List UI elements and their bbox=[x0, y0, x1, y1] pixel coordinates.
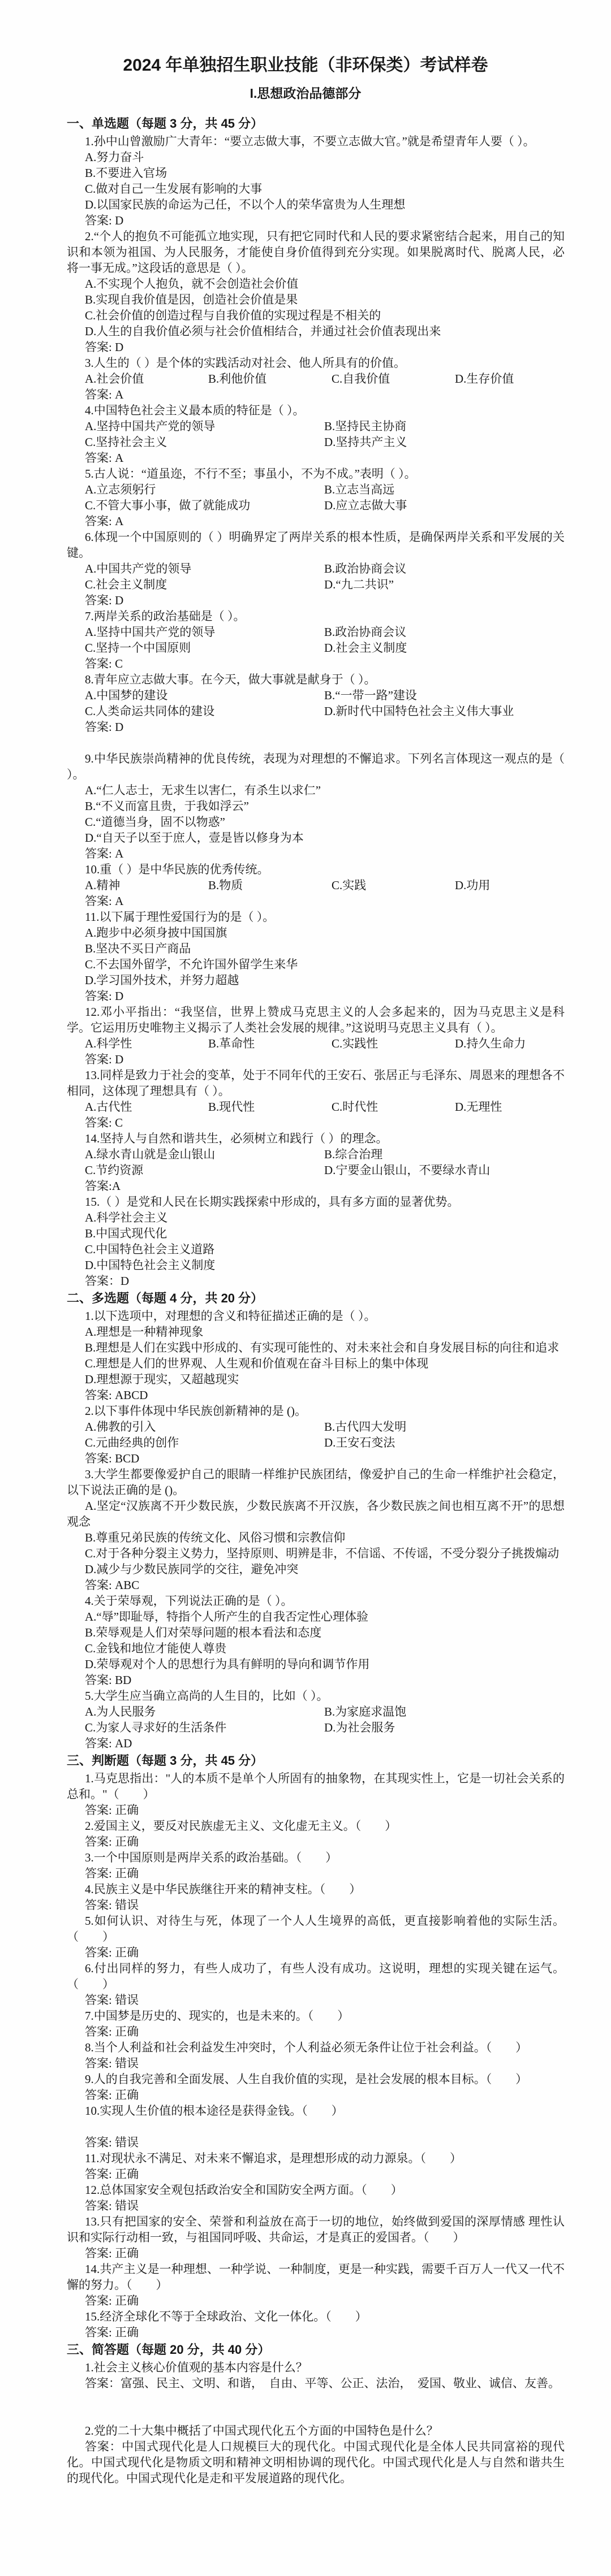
question-line: 11.对现状永不满足、对未来不懈追求，是理想形成的动力源泉。（ ） bbox=[67, 2150, 565, 2166]
option-item: B.现代性 bbox=[208, 1099, 332, 1115]
option-item: D.应立志做大事 bbox=[324, 497, 407, 513]
question-line: 2.以下事件体现中华民族创新精神的是 ()。 bbox=[67, 1403, 565, 1419]
question-line: 1.社会主义核心价值观的基本内容是什么？ bbox=[67, 2359, 565, 2375]
options-row: C.社会主义制度D.“九二共识” bbox=[67, 577, 565, 592]
option-line: B.尊重兄弟民族的传统文化、风俗习惯和宗教信仰 bbox=[67, 1530, 565, 1545]
answer-line: 答案: 正确 bbox=[67, 2324, 565, 2340]
answer-line: 答案: 正确 bbox=[67, 2024, 565, 2040]
option-line: C.“道德当身，固不以物惑” bbox=[67, 814, 565, 830]
option-line: B.不要进入官场 bbox=[67, 165, 565, 181]
option-line: C.中国特色社会主义道路 bbox=[67, 1241, 565, 1257]
answer-line: 答案: 正确 bbox=[67, 2293, 565, 2309]
option-line: D.中国特色社会主义制度 bbox=[67, 1257, 565, 1273]
option-line: D.荣辱观对个人的思想行为具有鲜明的导向和调节作用 bbox=[67, 1656, 565, 1672]
option-line: A.跑步中必须身披中国国旗 bbox=[67, 925, 565, 941]
blank-line bbox=[67, 735, 565, 751]
option-item: C.自我价值 bbox=[332, 371, 455, 387]
answer-line: 答案: AD bbox=[67, 1735, 565, 1751]
options-row: C.为家人寻求好的生活条件D.为社会服务 bbox=[67, 1720, 565, 1735]
option-line: B.理想是人们在实践中形成的、有实现可能性的、对未来社会和自身发展目标的向往和追… bbox=[67, 1340, 565, 1356]
option-item: B.政治协商会议 bbox=[324, 624, 406, 640]
answer-line: 答案: 正确 bbox=[67, 2087, 565, 2103]
options-row: A.古代性B.现代性C.时代性D.无理性 bbox=[67, 1099, 565, 1115]
option-item: D.为社会服务 bbox=[324, 1720, 395, 1735]
answer-line: 答案: 错误 bbox=[67, 2135, 565, 2150]
question-line: 3.大学生都要像爱护自己的眼睛一样维护民族团结，像爱护自己的生命一样维护社会稳定… bbox=[67, 1466, 565, 1498]
option-line: B.“不义而富且贵，于我如浮云” bbox=[67, 798, 565, 814]
option-line: B.中国式现代化 bbox=[67, 1226, 565, 1241]
question-line: 6.付出同样的努力，有些人成功了，有些人没有成功。这说明，理想的实现关键在运气。… bbox=[67, 1960, 565, 1992]
option-line: A.努力奋斗 bbox=[67, 149, 565, 165]
answer-line: 答案: 正确 bbox=[67, 2245, 565, 2261]
question-line: 12.总体国家安全观包括政治安全和国防安全两方面。（ ） bbox=[67, 2182, 565, 2198]
option-line: D.以国家民族的命运为己任，不以个人的荣华富贵为人生理想 bbox=[67, 197, 565, 213]
option-item: A.佛教的引入 bbox=[85, 1419, 324, 1435]
section-heading: 二、多选题（每题 4 分，共 20 分） bbox=[67, 1290, 565, 1307]
answer-line: 答案: C bbox=[67, 1115, 565, 1131]
options-row: A.坚持中国共产党的领导B.政治协商会议 bbox=[67, 624, 565, 640]
blank-line bbox=[67, 2119, 565, 2135]
option-line: A.理想是一种精神现象 bbox=[67, 1324, 565, 1340]
question-line: 14.坚持人与自然和谐共生，必须树立和践行（ ）的理念。 bbox=[67, 1131, 565, 1146]
section-heading: 一、单选题（每题 3 分，共 45 分） bbox=[67, 115, 565, 132]
option-item: A.社会价值 bbox=[85, 371, 208, 387]
answer-line: 答案：富强、民主、文明、和谐， 自由、平等、公正、法治， 爱国、敬业、诚信、友善… bbox=[67, 2375, 565, 2391]
option-line: C.社会价值的创造过程与自我价值的实现过程是不相关的 bbox=[67, 308, 565, 323]
option-item: C.坚持社会主义 bbox=[85, 434, 324, 450]
answer-line: 答案: 错误 bbox=[67, 1992, 565, 2008]
answer-line: 答案: D bbox=[67, 213, 565, 228]
question-line: 1.以下选项中，对理想的含义和特征描述正确的是（ ）。 bbox=[67, 1308, 565, 1324]
question-line: 2.爱国主义，要反对民族虚无主义、文化虚无主义。（ ） bbox=[67, 1818, 565, 1834]
answer-line: 答案: D bbox=[67, 592, 565, 608]
option-line: D.减少与少数民族同学的交往，避免冲突 bbox=[67, 1561, 565, 1577]
question-line: 1.孙中山曾激励广大青年：“要立志做大事，不要立志做大官。”就是希望青年人要（ … bbox=[67, 133, 565, 149]
option-item: C.节约资源 bbox=[85, 1162, 324, 1178]
question-line: 1.马克思指出："人的本质不是单个人所固有的抽象物，在其现实性上，它是一切社会关… bbox=[67, 1770, 565, 1802]
answer-line: 答案: 错误 bbox=[67, 2055, 565, 2071]
question-line: 14.共产主义是一种理想、一种学说、一种制度，更是一种实践，需要千百万人一代又一… bbox=[67, 2261, 565, 2293]
option-item: C.时代性 bbox=[332, 1099, 455, 1115]
question-line: 3.人生的（ ）是个体的实践活动对社会、他人所具有的价值。 bbox=[67, 355, 565, 371]
option-line: A.“仁人志士，无求生以害仁，有杀生以求仁” bbox=[67, 782, 565, 798]
option-item: B.古代四大发明 bbox=[324, 1419, 406, 1435]
option-item: B.立志当高远 bbox=[324, 482, 394, 497]
option-line: A.不实现个人抱负，就不会创造社会价值 bbox=[67, 276, 565, 292]
option-item: D.新时代中国特色社会主义伟大事业 bbox=[324, 703, 514, 719]
answer-line: 答案: D bbox=[67, 988, 565, 1004]
page-subtitle: I.思想政治品德部分 bbox=[46, 85, 565, 102]
exam-section: 一、单选题（每题 3 分，共 45 分）1.孙中山曾激励广大青年：“要立志做大事… bbox=[67, 115, 565, 1289]
answer-line: 答案: 正确 bbox=[67, 1865, 565, 1881]
question-line: 15.（ ）是党和人民在长期实践探索中形成的，具有多方面的显著优势。 bbox=[67, 1194, 565, 1210]
question-line: 7.中国梦是历史的、现实的，也是未来的。（ ） bbox=[67, 2008, 565, 2024]
option-item: B.综合治理 bbox=[324, 1146, 382, 1162]
exam-section: 二、多选题（每题 4 分，共 20 分）1.以下选项中，对理想的含义和特征描述正… bbox=[67, 1290, 565, 1751]
answer-line: 答案: A bbox=[67, 513, 565, 529]
option-item: B.政治协商会议 bbox=[324, 561, 406, 577]
answer-line: 答案：中国式现代化是人口规模巨大的现代化。中国式现代化是全体人民共同富裕的现代化… bbox=[67, 2439, 565, 2486]
question-line: 7.两岸关系的政治基础是（ ）。 bbox=[67, 608, 565, 624]
answer-line: 答案: 错误 bbox=[67, 2198, 565, 2214]
question-line: 13.同样是致力于社会的变革，处于不同年代的王安石、张居正与毛泽东、周恩来的理想… bbox=[67, 1067, 565, 1099]
answer-line: 答案: 正确 bbox=[67, 1945, 565, 1960]
option-item: D.“九二共识” bbox=[324, 577, 394, 592]
option-item: C.不管大事小事，做了就能成功 bbox=[85, 497, 324, 513]
blank-line bbox=[67, 2407, 565, 2423]
option-line: B.荣辱观是人们对荣辱问题的根本看法和态度 bbox=[67, 1625, 565, 1640]
option-line: C.理想是人们的世界观、人生观和价值观在奋斗目标上的集中体现 bbox=[67, 1356, 565, 1371]
answer-line: 答案: D bbox=[67, 339, 565, 355]
answer-line: 答案：D bbox=[67, 1273, 565, 1289]
option-item: C.实践 bbox=[332, 877, 455, 893]
options-row: C.坚持社会主义D.坚持共产主义 bbox=[67, 434, 565, 450]
option-item: B.坚持民主协商 bbox=[324, 418, 406, 434]
options-row: C.人类命运共同体的建设D.新时代中国特色社会主义伟大事业 bbox=[67, 703, 565, 719]
question-line: 13.只有把国家的安全、荣誉和利益放在高于一切的地位，始终做到爱国的深厚情感 理… bbox=[67, 2214, 565, 2245]
answer-line: 答案: A bbox=[67, 450, 565, 466]
answer-line: 答案: BD bbox=[67, 1672, 565, 1688]
answer-line: 答案: D bbox=[67, 1051, 565, 1067]
options-row: C.不管大事小事，做了就能成功D.应立志做大事 bbox=[67, 497, 565, 513]
answer-line: 答案: ABCD bbox=[67, 1387, 565, 1403]
option-item: A.坚持中国共产党的领导 bbox=[85, 418, 324, 434]
question-line: 5.如何认识、对待生与死，体现了一个人人生境界的高低，更直接影响着他的实际生活。… bbox=[67, 1913, 565, 1945]
question-line: 8.当个人利益和社会利益发生冲突时，个人利益必须无条件让位于社会利益。（ ） bbox=[67, 2040, 565, 2055]
option-line: D.“自天子以至于庶人，壹是皆以修身为本 bbox=[67, 830, 565, 846]
question-line: 5.古人说：“道虽迩，不行不至；事虽小，不为不成。”表明（ ）。 bbox=[67, 466, 565, 482]
option-line: D.学习国外技术，并努力超越 bbox=[67, 972, 565, 988]
question-line: 4.中国特色社会主义最本质的特征是（ ）。 bbox=[67, 402, 565, 418]
option-line: A.科学社会主义 bbox=[67, 1210, 565, 1226]
option-item: A.绿水青山就是金山银山 bbox=[85, 1146, 324, 1162]
option-line: B.坚决不买日产商品 bbox=[67, 941, 565, 956]
option-item: A.中国梦的建设 bbox=[85, 687, 324, 703]
option-item: B.利他价值 bbox=[208, 371, 332, 387]
question-line: 6.体现一个中国原则的（ ）明确界定了两岸关系的根本性质，是确保两岸关系和平发展… bbox=[67, 529, 565, 561]
option-item: C.为家人寻求好的生活条件 bbox=[85, 1720, 324, 1735]
answer-line: 答案: 正确 bbox=[67, 2166, 565, 2182]
option-item: A.科学性 bbox=[85, 1036, 208, 1051]
options-row: A.坚持中国共产党的领导B.坚持民主协商 bbox=[67, 418, 565, 434]
answer-line: 答案: C bbox=[67, 656, 565, 672]
option-line: A.“辱”即耻辱，特指个人所产生的自我否定性心理体验 bbox=[67, 1609, 565, 1625]
exam-section: 三、简答题（每题 20 分，共 40 分）1.社会主义核心价值观的基本内容是什么… bbox=[67, 2341, 565, 2486]
option-item: B.革命性 bbox=[208, 1036, 332, 1051]
answer-line: 答案: D bbox=[67, 719, 565, 735]
question-line: 10.实现人生价值的根本途径是获得金钱。（ ） bbox=[67, 2103, 565, 2119]
option-item: D.生存价值 bbox=[455, 371, 514, 387]
question-line: 2.党的二十大集中概括了中国式现代化五个方面的中国特色是什么？ bbox=[67, 2423, 565, 2439]
option-item: C.元曲经典的创作 bbox=[85, 1435, 324, 1451]
option-line: D.理想源于现实，又超越现实 bbox=[67, 1371, 565, 1387]
options-row: A.绿水青山就是金山银山B.综合治理 bbox=[67, 1146, 565, 1162]
options-row: A.为人民服务B.为家庭求温饱 bbox=[67, 1704, 565, 1720]
answer-line: 答案: A bbox=[67, 893, 565, 909]
option-line: C.对于各种分裂主义势力，坚持原则、明辨是非，不信谣、不传谣，不受分裂分子挑拨煽… bbox=[67, 1545, 565, 1561]
option-item: C.坚持一个中国原则 bbox=[85, 640, 324, 656]
answer-line: 答案: A bbox=[67, 846, 565, 861]
answer-line: 答案:A bbox=[67, 1178, 565, 1194]
option-item: D.持久生命力 bbox=[455, 1036, 526, 1051]
options-row: A.佛教的引入B.古代四大发明 bbox=[67, 1419, 565, 1435]
option-line: B.实现自我价值是因，创造社会价值是果 bbox=[67, 292, 565, 308]
option-item: A.坚持中国共产党的领导 bbox=[85, 624, 324, 640]
option-line: C.金钱和地位才能使人尊贵 bbox=[67, 1640, 565, 1656]
question-line: 8.青年应立志做大事。在今天，做大事就是献身于（ ）。 bbox=[67, 672, 565, 687]
question-line: 2.“个人的抱负不可能孤立地实现，只有把它同时代和人民的要求紧密结合起来，用自己… bbox=[67, 228, 565, 276]
options-row: C.坚持一个中国原则D.社会主义制度 bbox=[67, 640, 565, 656]
exam-section: 三、判断题（每题 3 分，共 45 分）1.马克思指出："人的本质不是单个人所固… bbox=[67, 1752, 565, 2340]
option-item: B.物质 bbox=[208, 877, 332, 893]
options-row: A.中国共产党的领导B.政治协商会议 bbox=[67, 561, 565, 577]
option-line: A.坚定“汉族离不开少数民族，少数民族离不开汉族，各少数民族之间也相互离不开”的… bbox=[67, 1498, 565, 1530]
options-row: C.节约资源D.宁要金山银山，不要绿水青山 bbox=[67, 1162, 565, 1178]
option-item: D.社会主义制度 bbox=[324, 640, 407, 656]
option-item: D.宁要金山银山，不要绿水青山 bbox=[324, 1162, 490, 1178]
question-line: 3.一个中国原则是两岸关系的政治基础。（ ） bbox=[67, 1850, 565, 1865]
section-heading: 三、判断题（每题 3 分，共 45 分） bbox=[67, 1752, 565, 1769]
option-item: C.人类命运共同体的建设 bbox=[85, 703, 324, 719]
question-line: 11.以下属于理性爱国行为的是（ ）。 bbox=[67, 909, 565, 925]
question-line: 9.人的自我完善和全面发展、人生自我价值的实现，是社会发展的根本目标。（ ） bbox=[67, 2071, 565, 2087]
options-row: A.中国梦的建设B.“一带一路”建设 bbox=[67, 687, 565, 703]
blank-line bbox=[67, 2391, 565, 2407]
answer-line: 答案: ABC bbox=[67, 1577, 565, 1593]
question-line: 15.经济全球化不等于全球政治、文化一体化。（ ） bbox=[67, 2309, 565, 2324]
answer-line: 答案: 正确 bbox=[67, 1834, 565, 1850]
option-item: A.精神 bbox=[85, 877, 208, 893]
options-row: A.科学性B.革命性C.实践性D.持久生命力 bbox=[67, 1036, 565, 1051]
document-body: 一、单选题（每题 3 分，共 45 分）1.孙中山曾激励广大青年：“要立志做大事… bbox=[67, 115, 565, 2486]
option-line: C.做对自己一生发展有影响的大事 bbox=[67, 181, 565, 197]
question-line: 12.邓小平指出：“我坚信，世界上赞成马克思主义的人会多起来的，因为马克思主义是… bbox=[67, 1004, 565, 1036]
option-item: B.为家庭求温饱 bbox=[324, 1704, 406, 1720]
question-line: 9.中华民族崇尚精神的优良传统，表现为对理想的不懈追求。下列名言体现这一观点的是… bbox=[67, 751, 565, 782]
question-line: 10.重（ ）是中华民族的优秀传统。 bbox=[67, 861, 565, 877]
answer-line: 答案: 正确 bbox=[67, 1802, 565, 1818]
answer-line: 答案: A bbox=[67, 387, 565, 402]
question-line: 4.民族主义是中华民族继往开来的精神支柱。（ ） bbox=[67, 1881, 565, 1897]
option-item: D.王安石变法 bbox=[324, 1435, 395, 1451]
options-row: A.精神B.物质C.实践D.功用 bbox=[67, 877, 565, 893]
answer-line: 答案: BCD bbox=[67, 1451, 565, 1466]
option-item: C.社会主义制度 bbox=[85, 577, 324, 592]
option-item: A.为人民服务 bbox=[85, 1704, 324, 1720]
option-line: D.人生的自我价值必须与社会价值相结合，并通过社会价值表现出来 bbox=[67, 323, 565, 339]
option-item: C.实践性 bbox=[332, 1036, 455, 1051]
section-heading: 三、简答题（每题 20 分，共 40 分） bbox=[67, 2341, 565, 2358]
exam-paper-page: 2024 年单独招生职业技能（非环保类）考试样卷 I.思想政治品德部分 一、单选… bbox=[0, 0, 611, 2576]
page-title: 2024 年单独招生职业技能（非环保类）考试样卷 bbox=[46, 54, 565, 77]
options-row: A.社会价值B.利他价值C.自我价值D.生存价值 bbox=[67, 371, 565, 387]
option-item: A.立志须躬行 bbox=[85, 482, 324, 497]
answer-line: 答案: 错误 bbox=[67, 1897, 565, 1913]
option-line: C.不去国外留学，不允许国外留学生来华 bbox=[67, 956, 565, 972]
question-line: 4.关于荣辱观，下列说法正确的是（ ）。 bbox=[67, 1593, 565, 1609]
option-item: A.古代性 bbox=[85, 1099, 208, 1115]
option-item: D.无理性 bbox=[455, 1099, 502, 1115]
option-item: B.“一带一路”建设 bbox=[324, 687, 417, 703]
options-row: A.立志须躬行B.立志当高远 bbox=[67, 482, 565, 497]
option-item: D.坚持共产主义 bbox=[324, 434, 407, 450]
options-row: C.元曲经典的创作D.王安石变法 bbox=[67, 1435, 565, 1451]
option-item: D.功用 bbox=[455, 877, 490, 893]
option-item: A.中国共产党的领导 bbox=[85, 561, 324, 577]
question-line: 5.大学生应当确立高尚的人生目的，比如（ ）。 bbox=[67, 1688, 565, 1704]
